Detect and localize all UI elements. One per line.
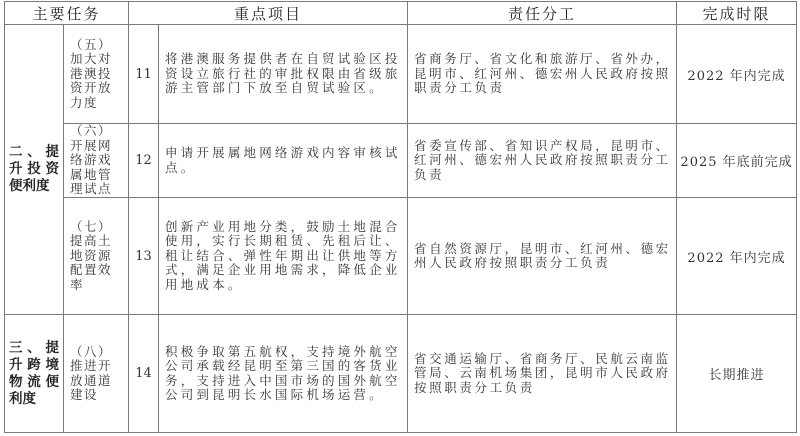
number-cell: 13 (129, 198, 159, 315)
table-row: （七）提高土地资源配置效率 13 创新产业用地分类，鼓励土地混合使用，实行长期租… (5, 198, 797, 315)
header-task: 主要任务 (5, 2, 129, 25)
header-row: 主要任务 重点项目 责任分工 完成时限 (5, 2, 797, 25)
project-cell: 申请开展属地网络游戏内容审核试点。 (159, 124, 408, 198)
category-cell: 二、提升投资便利度 (5, 25, 64, 315)
header-project: 重点项目 (129, 2, 408, 25)
deadline-cell: 2025 年底前完成 (677, 124, 797, 198)
responsibility-cell: 省委宣传部、省知识产权局，昆明市、红河州、德宏州人民政府按照职责分工负责 (408, 124, 677, 198)
project-cell: 创新产业用地分类，鼓励土地混合使用，实行长期租赁、先租后让、租让结合、弹性年期出… (159, 198, 408, 315)
deadline-cell: 2022 年内完成 (677, 25, 797, 124)
subtask-cell: （五）加大对港澳投资开放力度 (64, 25, 129, 124)
project-cell: 将港澳服务提供者在自贸试验区投资设立旅行社的审批权限由省级旅游主管部门下放至自贸… (159, 25, 408, 124)
subtask-cell: （六）开展网络游戏属地管理试点 (64, 124, 129, 198)
header-deadline: 完成时限 (677, 2, 797, 25)
responsibility-cell: 省商务厅、省文化和旅游厅、省外办，昆明市、红河州、德宏州人民政府按照职责分工负责 (408, 25, 677, 124)
responsibility-cell: 省自然资源厅，昆明市、红河州、德宏州人民政府按照职责分工负责 (408, 198, 677, 315)
responsibility-cell: 省交通运输厅、省商务厅、民航云南监管局、云南机场集团，昆明市人民政府按照职责分工… (408, 315, 677, 433)
table-row: 三、提升跨境物流便利度 （八）推进开放通道建设 14 积极争取第五航权，支持境外… (5, 315, 797, 433)
task-table: 主要任务 重点项目 责任分工 完成时限 二、提升投资便利度 （五）加大对港澳投资… (4, 1, 797, 433)
table-row: （六）开展网络游戏属地管理试点 12 申请开展属地网络游戏内容审核试点。 省委宣… (5, 124, 797, 198)
subtask-cell: （七）提高土地资源配置效率 (64, 198, 129, 315)
table-row: 二、提升投资便利度 （五）加大对港澳投资开放力度 11 将港澳服务提供者在自贸试… (5, 25, 797, 124)
category-cell: 三、提升跨境物流便利度 (5, 315, 64, 433)
header-responsibility: 责任分工 (408, 2, 677, 25)
deadline-cell: 2022 年内完成 (677, 198, 797, 315)
number-cell: 11 (129, 25, 159, 124)
number-cell: 14 (129, 315, 159, 433)
project-cell: 积极争取第五航权，支持境外航空公司承载经昆明至第三国的客货业务，支持进入中国市场… (159, 315, 408, 433)
deadline-cell: 长期推进 (677, 315, 797, 433)
number-cell: 12 (129, 124, 159, 198)
subtask-cell: （八）推进开放通道建设 (64, 315, 129, 433)
